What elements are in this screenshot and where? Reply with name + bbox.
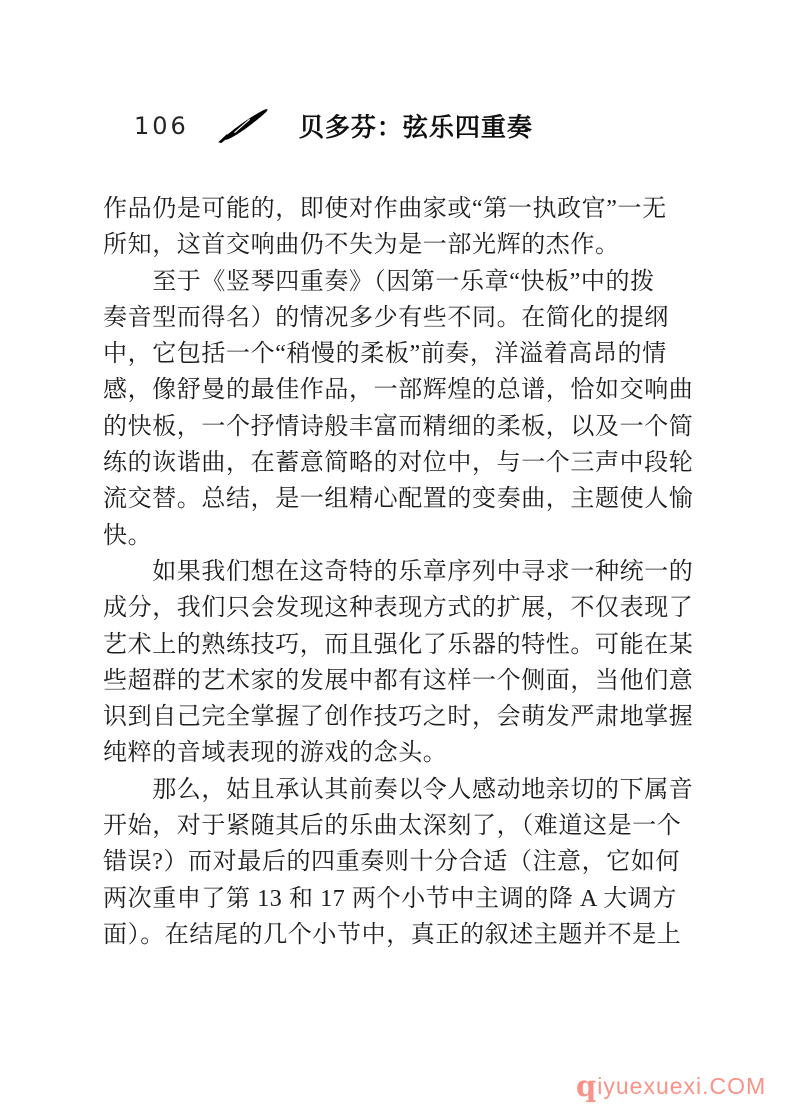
- body-text-line: 纯粹的音域表现的游戏的念头。: [103, 735, 703, 771]
- body-text-line: 至于《竖琴四重奏》（因第一乐章“快板”中的拨: [103, 264, 703, 300]
- body-text-line: 快。: [103, 518, 703, 554]
- body-text-line: 如果我们想在这奇特的乐章序列中寻求一种统一的: [103, 554, 703, 590]
- body-text: 作品仍是可能的，即使对作曲家或“第一执政官”一无所知，这首交响曲仍不失为是一部光…: [103, 191, 703, 953]
- body-text-line: 成分，我们只会发现这种表现方式的扩展，不仅表现了: [103, 590, 703, 626]
- body-text-line: 中，它包括一个“稍慢的柔板”前奏，洋溢着高昂的情: [103, 336, 703, 372]
- body-text-line: 面）。在结尾的几个小节中，真正的叙述主题并不是上: [103, 917, 703, 953]
- body-text-line: 流交替。总结，是一组精心配置的变奏曲，主题使人愉: [103, 481, 703, 517]
- page-header: 106 贝多芬：弦乐四重奏: [134, 108, 533, 144]
- body-text-line: 感，像舒曼的最佳作品，一部辉煌的总谱，恰如交响曲: [103, 372, 703, 408]
- body-text-line: 那么，姑且承认其前奏以令人感动地亲切的下属音: [103, 772, 703, 808]
- body-text-line: 些超群的艺术家的发展中都有这样一个侧面，当他们意: [103, 663, 703, 699]
- body-text-line: 开始，对于紧随其后的乐曲太深刻了，（难道这是一个: [103, 808, 703, 844]
- watermark-domain: iyuexuexi.COM: [597, 1073, 766, 1099]
- watermark-q: q: [576, 1069, 597, 1103]
- watermark: qiyuexuexi.COM: [576, 1069, 766, 1103]
- body-text-line: 两次重申了第 13 和 17 两个小节中主调的降 A 大调方: [103, 881, 703, 917]
- body-text-line: 错误?）而对最后的四重奏则十分合适（注意，它如何: [103, 844, 703, 880]
- body-text-line: 的快板，一个抒情诗般丰富而精细的柔板，以及一个简: [103, 409, 703, 445]
- body-text-line: 艺术上的熟练技巧，而且强化了乐器的特性。可能在某: [103, 627, 703, 663]
- chapter-title: 贝多芬：弦乐四重奏: [299, 108, 533, 145]
- book-page: 106 贝多芬：弦乐四重奏 作品仍是可能的，即使对作曲家或“第一执政官”一无所知…: [0, 0, 794, 1120]
- body-text-line: 识到自己完全掌握了创作技巧之时，会萌发严肃地掌握: [103, 699, 703, 735]
- body-text-line: 作品仍是可能的，即使对作曲家或“第一执政官”一无: [103, 191, 703, 227]
- body-text-line: 练的诙谐曲，在蓄意简略的对位中，与一个三声中段轮: [103, 445, 703, 481]
- page-number: 106: [134, 112, 189, 140]
- body-text-line: 所知，这首交响曲仍不失为是一部光辉的杰作。: [103, 227, 703, 263]
- quill-pen-icon: [215, 107, 273, 145]
- body-text-line: 奏音型而得名）的情况多少有些不同。在简化的提纲: [103, 300, 703, 336]
